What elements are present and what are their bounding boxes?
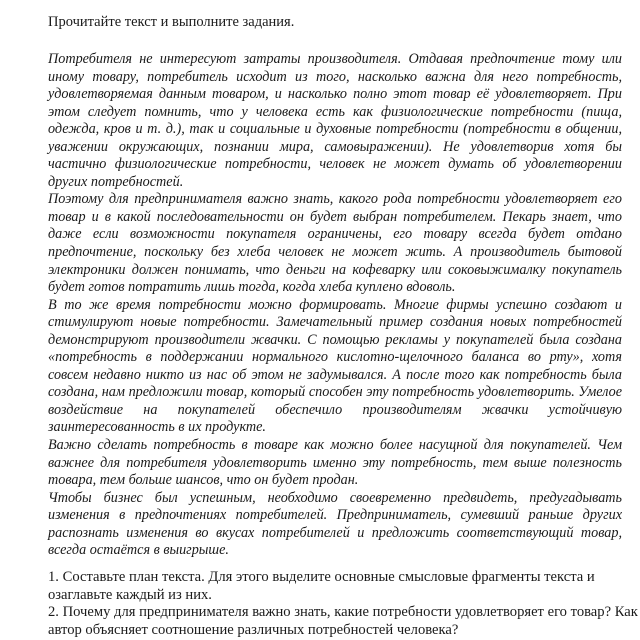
paragraph-2: Поэтому для предпринимателя важно знать,…	[48, 191, 622, 296]
task-1: 1. Составьте план текста. Для этого выде…	[48, 569, 640, 604]
task-list: 1. Составьте план текста. Для этого выде…	[48, 569, 640, 639]
paragraph-1: Потребителя не интересуют затраты произв…	[48, 51, 622, 191]
paragraph-5: Чтобы бизнес был успешным, необходимо св…	[48, 490, 622, 560]
paragraph-4: Важно сделать потребность в товаре как м…	[48, 437, 622, 490]
task-2: 2. Почему для предпринимателя важно знат…	[48, 604, 640, 639]
paragraph-3: В то же время потребности можно формиров…	[48, 297, 622, 437]
reading-text: Потребителя не интересуют затраты произв…	[48, 51, 622, 560]
instruction-heading: Прочитайте текст и выполните задания.	[48, 13, 294, 31]
